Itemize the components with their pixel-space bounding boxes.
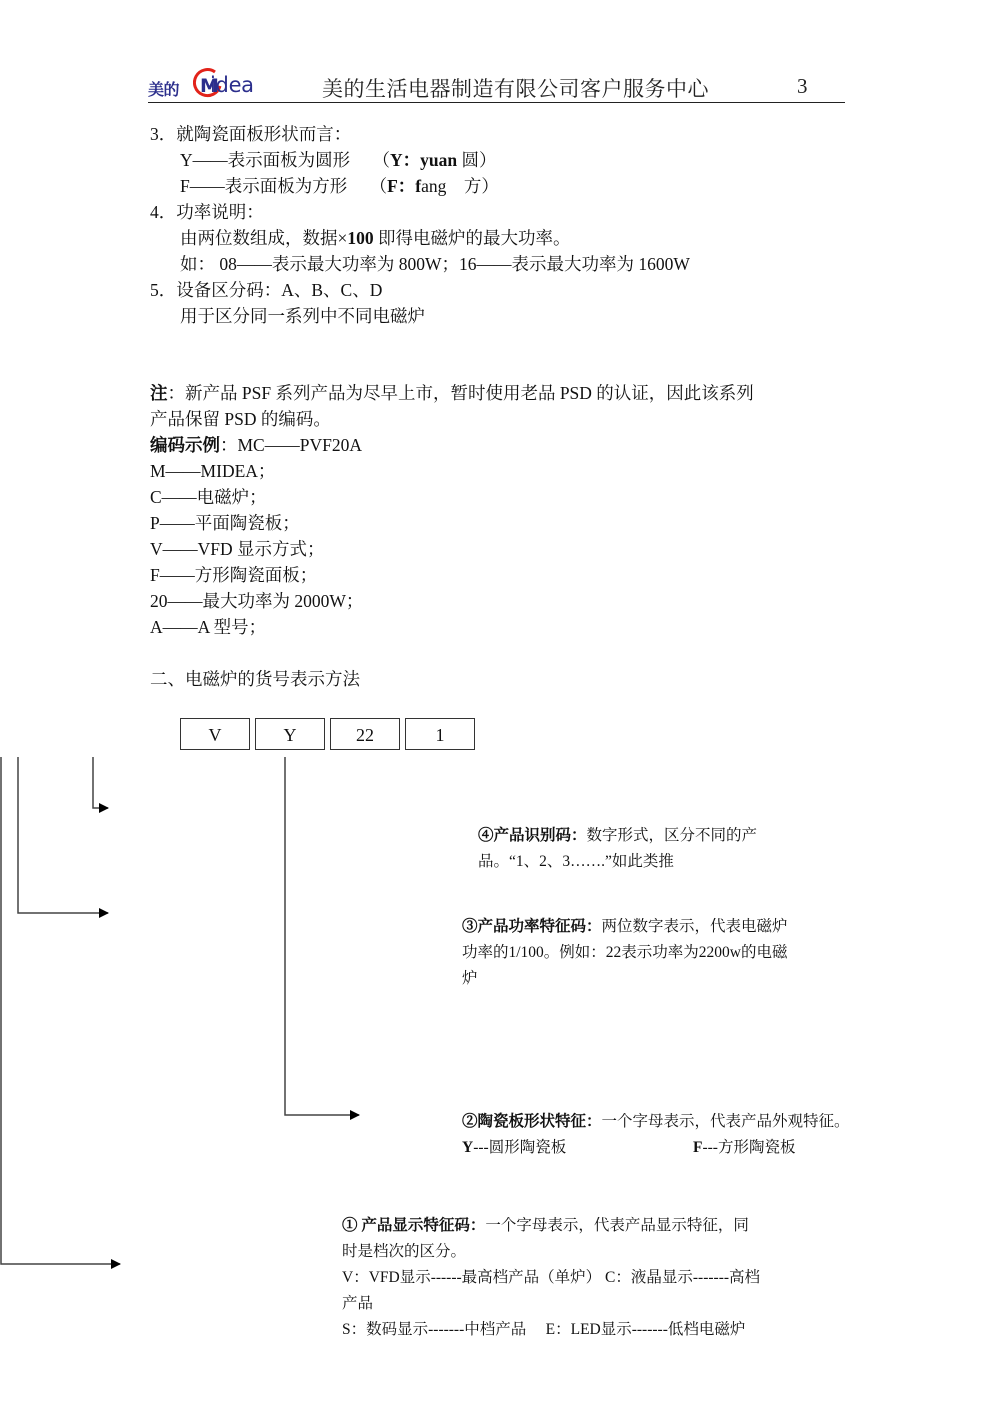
arrow-to-annotation-3 xyxy=(18,757,108,913)
connector-lines xyxy=(0,0,992,1404)
arrow-to-annotation-2 xyxy=(285,757,359,1115)
annotation-display-code: ① 产品显示特征码：一个字母表示，代表产品显示特征，同 时是档次的区分。 V：V… xyxy=(342,1213,760,1343)
annotation-product-id: ④产品识别码：数字形式，区分不同的产 品。“1、2、3…….”如此类推 xyxy=(478,823,757,875)
annotation-power-code: ③产品功率特征码：两位数字表示，代表电磁炉 功率的1/100。例如：22表示功率… xyxy=(462,914,788,992)
annotation-panel-shape: ②陶瓷板形状特征：一个字母表示，代表产品外观特征。 Y---圆形陶瓷板 F---… xyxy=(462,1109,850,1161)
arrow-to-annotation-1 xyxy=(1,757,120,1264)
arrow-to-annotation-4 xyxy=(93,757,108,808)
